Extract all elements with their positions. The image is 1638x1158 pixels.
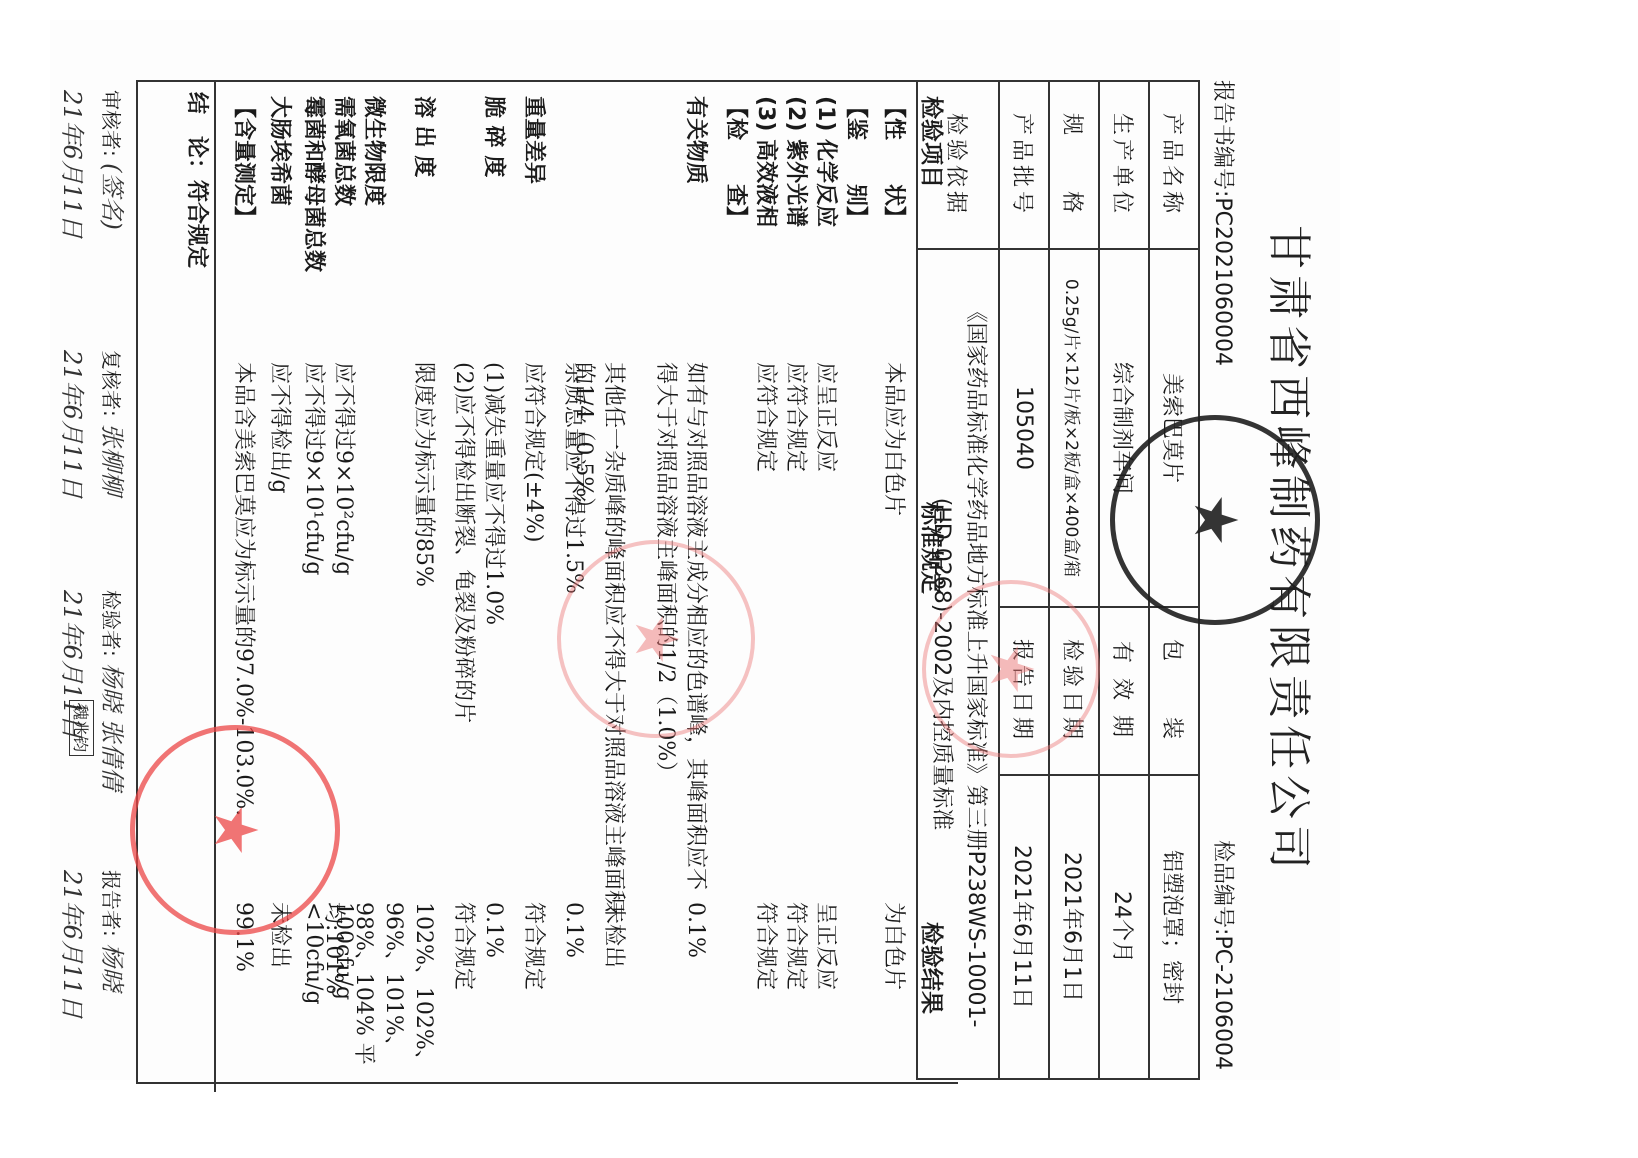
row-standard: 限度应为标示量的85% (408, 362, 438, 922)
spec: 0.25g/片×12片/板×2板/盒×400盒/箱 (1049, 249, 1099, 607)
sample-number: 检品编号:PC-2106004 (1209, 840, 1240, 1070)
seal-star-icon: ★ (1185, 493, 1245, 547)
row-item: (2) 紫外光谱 (780, 96, 810, 336)
reviewer-date: 21年6月11日 (57, 90, 92, 238)
row-item: 有关物质 (680, 96, 710, 336)
row-result: 100cfu/g (328, 902, 358, 1082)
validity: 24个月 (1099, 775, 1149, 1079)
packaging-label: 包 装 (1149, 607, 1199, 775)
product-name-label: 产品名称 (1149, 81, 1199, 249)
seal-star-icon: ★ (626, 612, 686, 666)
report-page: 甘肃省西峰制药有限责任公司 报告书编号:PC2021060004 检品编号:PC… (50, 20, 1340, 1080)
report-number: 报告书编号:PC2021060004 (1209, 80, 1240, 366)
row-item: 溶 出 度 (408, 96, 438, 336)
row-result: 为白色片 (878, 902, 908, 1082)
inspector: 检验者: 杨晓 张倩倩 (97, 590, 132, 791)
checker-signature: 张柳柳 (98, 423, 126, 495)
results-section: 检验项目 标准规定 检验结果 【性 状】本品应为白色片为白色片【鉴 别】(1) … (136, 80, 958, 1084)
reporter-label: 报告者: (99, 870, 123, 937)
row-item: 【性 状】 (878, 96, 908, 336)
company-seal-black: ★ (1110, 415, 1320, 625)
batch-number: 105040 (999, 249, 1049, 607)
row-result: 呈正反应 (810, 902, 840, 1082)
spec-label: 规 格 (1049, 81, 1099, 249)
checker-date: 21年6月11日 (57, 350, 92, 498)
checker-label: 复核者: (99, 350, 123, 417)
header-item: 检验项目 (917, 96, 950, 188)
row-standard: (2)应不得检出断裂、龟裂及粉碎的片 (448, 362, 478, 922)
inspector-name-stamp: 魏兆钧 (69, 700, 94, 756)
row-item: 脆 碎 度 (478, 96, 508, 336)
row-item: 【鉴 别】 (840, 96, 870, 336)
quality-seal-red: ★ (130, 725, 340, 935)
signature-row: 审核者: (签名) 21年6月11日 复核者: 张柳柳 21年6月11日 检验者… (60, 80, 140, 1080)
manufacturer-label: 生产单位 (1099, 81, 1149, 249)
checker: 复核者: 张柳柳 (97, 350, 132, 495)
packaging: 铝塑泡罩；密封 (1149, 775, 1199, 1079)
reporter-signature: 杨晓 (98, 943, 126, 991)
row-standard: 本品应为白色片 (878, 362, 908, 922)
row-standard: (1)减失重量应不得过1.0% (478, 362, 508, 922)
row-result: 0.1% (680, 902, 710, 1082)
row-item: 霉菌和酵母菌总数 (298, 96, 328, 336)
row-result: 符合规定 (448, 902, 478, 1082)
header-standard: 标准规定 (917, 502, 950, 594)
validity-label: 有 效 期 (1099, 607, 1149, 775)
row-result: 0.1% (558, 902, 588, 1082)
row-item: (1) 化学反应 (810, 96, 840, 336)
row-result: 符合规定 (780, 902, 810, 1082)
company-seal-faint-2: ★ (557, 540, 755, 738)
seal-star-icon: ★ (205, 803, 265, 857)
row-standard: 应符合规定 (780, 362, 810, 922)
row-result: 符合规定 (518, 902, 548, 1082)
seal-star-icon: ★ (981, 642, 1041, 696)
reporter-date: 21年6月11日 (57, 870, 92, 1018)
row-result: <10cfu/g (298, 902, 328, 1082)
row-result: 符合规定 (750, 902, 780, 1082)
reviewer: 审核者: (签名) (97, 90, 132, 230)
test-date: 2021年6月1日 (1049, 775, 1099, 1079)
row-item: 【检 查】 (720, 96, 750, 336)
reviewer-signature: (签名) (98, 163, 126, 230)
row-standard: 应符合规定(±4%) (518, 362, 548, 922)
reporter: 报告者: 杨晓 (97, 870, 132, 991)
row-item: 大肠埃希菌 (264, 96, 294, 336)
inspector-label: 检验者: (99, 590, 123, 657)
report-date: 2021年6月11日 (999, 775, 1049, 1079)
company-seal-faint: ★ (922, 580, 1100, 758)
row-item: 【含量测定】 (228, 96, 258, 336)
reviewer-label: 审核者: (99, 90, 123, 157)
row-standard: 应呈正反应 (810, 362, 840, 922)
row-item: 微生物限度 (358, 96, 388, 336)
row-item: (3) 高效液相 (750, 96, 780, 336)
conclusion: 结 论：符合规定 (178, 82, 216, 1092)
row-result: 0.1% (478, 902, 508, 1082)
batch-label: 产品批号 (999, 81, 1049, 249)
header-result: 检验结果 (917, 922, 950, 1014)
row-item: 需氧菌总数 (328, 96, 358, 336)
inspector-signature: 杨晓 张倩倩 (98, 663, 126, 791)
row-result: 未检出 (598, 902, 628, 1082)
row-item: 重量差异 (518, 96, 548, 336)
